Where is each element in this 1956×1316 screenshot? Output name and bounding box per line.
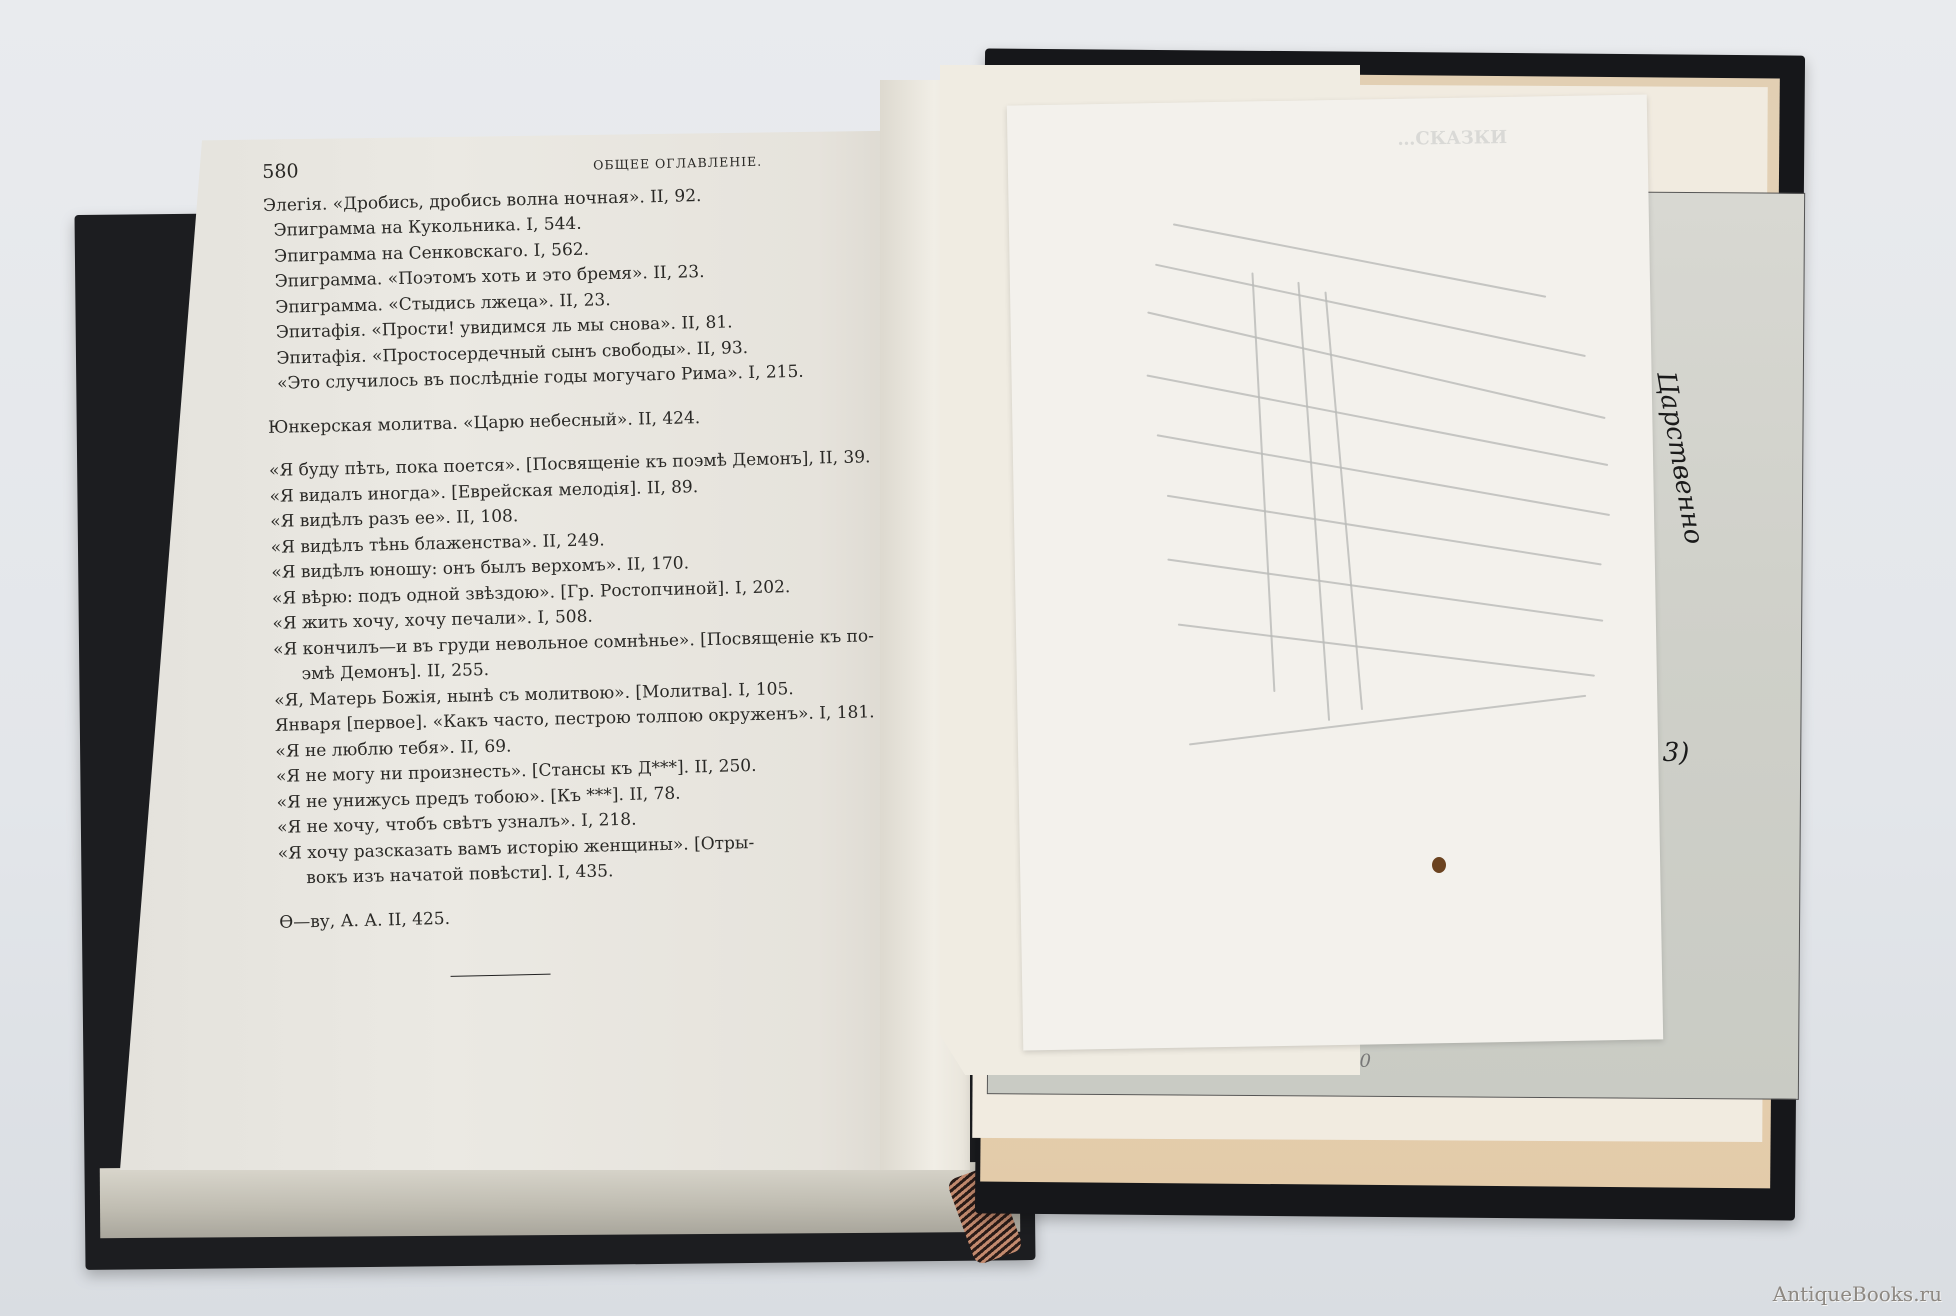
running-head: ОБЩЕЕ ОГЛАВЛЕНІЕ. [593, 149, 763, 178]
page-number: 580 [262, 159, 299, 185]
page-block-edge [100, 1162, 1020, 1238]
pencil-manuscript-sheet: …СКАЗКИ [1007, 94, 1663, 1050]
table-of-contents-text: 580 ОБЩЕЕ ОГЛАВЛЕНІЕ. Элегія. «Дробись, … [262, 145, 920, 980]
ink-stain [1432, 857, 1446, 873]
watermark: AntiqueBooks.ru [1773, 1282, 1942, 1306]
faint-print-through: …СКАЗКИ [1397, 127, 1507, 150]
manuscript-fragment: Царственно [1650, 369, 1709, 546]
